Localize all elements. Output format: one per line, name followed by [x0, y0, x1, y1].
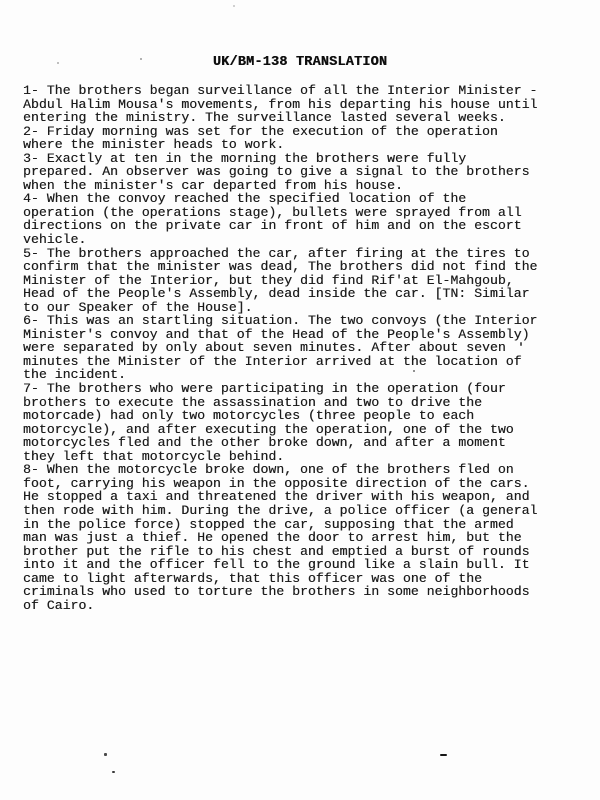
text-line: Minister's convoy and that of the Head o… — [23, 328, 583, 342]
scanned-document-page: UK/BM-138 TRANSLATION 1- The brothers be… — [0, 0, 600, 800]
paragraph: 6- This was an startling situation. The … — [23, 314, 583, 382]
scan-speck — [233, 5, 235, 7]
scan-speck — [104, 753, 107, 756]
text-line: to our Speaker of the House]. — [23, 301, 583, 315]
text-line: minutes the Minister of the Interior arr… — [23, 355, 583, 369]
text-line: brothers to execute the assassination an… — [23, 396, 583, 410]
text-line: Abdul Halim Mousa's movements, from his … — [23, 98, 583, 112]
text-line: 1- The brothers began surveillance of al… — [23, 84, 583, 98]
text-line: 2- Friday morning was set for the execut… — [23, 125, 583, 139]
text-line: entering the ministry. The surveillance … — [23, 111, 583, 125]
text-line: confirm that the minister was dead, The … — [23, 260, 583, 274]
text-line: then rode with him. During the drive, a … — [23, 504, 583, 518]
text-line: motorcycle), and after executing the ope… — [23, 423, 583, 437]
text-line: of Cairo. — [23, 599, 583, 613]
text-line: into it and the officer fell to the grou… — [23, 558, 583, 572]
text-line: 4- When the convoy reached the specified… — [23, 192, 583, 206]
text-line: came to light afterwards, that this offi… — [23, 572, 583, 586]
paragraph: 1- The brothers began surveillance of al… — [23, 84, 583, 125]
text-line: man was just a thief. He opened the door… — [23, 531, 583, 545]
scan-speck — [57, 62, 59, 64]
text-line: motorcade) had only two motorcycles (thr… — [23, 409, 583, 423]
text-line: 3- Exactly at ten in the morning the bro… — [23, 152, 583, 166]
scan-speck — [520, 342, 522, 346]
text-line: prepared. An observer was going to give … — [23, 165, 583, 179]
text-line: 5- The brothers approached the car, afte… — [23, 247, 583, 261]
paragraph: 2- Friday morning was set for the execut… — [23, 125, 583, 152]
text-line: operation (the operations stage), bullet… — [23, 206, 583, 220]
text-line: Minister of the Interior, but they did f… — [23, 274, 583, 288]
document-title: UK/BM-138 TRANSLATION — [0, 55, 600, 70]
text-line: 6- This was an startling situation. The … — [23, 314, 583, 328]
text-line: when the minister's car departed from hi… — [23, 179, 583, 193]
scan-speck — [413, 370, 415, 372]
paragraph: 4- When the convoy reached the specified… — [23, 192, 583, 246]
text-line: 7- The brothers who were participating i… — [23, 382, 583, 396]
text-line: He stopped a taxi and threatened the dri… — [23, 490, 583, 504]
text-line: in the police force) stopped the car, su… — [23, 518, 583, 532]
text-line: brother put the rifle to his chest and e… — [23, 545, 583, 559]
scan-speck — [440, 754, 447, 756]
text-line: Head of the People's Assembly, dead insi… — [23, 287, 583, 301]
paragraph: 5- The brothers approached the car, afte… — [23, 247, 583, 315]
text-line: motorcycles fled and the other broke dow… — [23, 436, 583, 450]
text-line: vehicle. — [23, 233, 583, 247]
text-line: foot, carrying his weapon in the opposit… — [23, 477, 583, 491]
paragraph: 8- When the motorcycle broke down, one o… — [23, 463, 583, 612]
paragraph: 7- The brothers who were participating i… — [23, 382, 583, 463]
scan-speck — [140, 58, 142, 60]
paragraph: 3- Exactly at ten in the morning the bro… — [23, 152, 583, 193]
text-line: the incident. — [23, 368, 583, 382]
document-body: 1- The brothers began surveillance of al… — [23, 84, 583, 612]
scan-speck — [112, 771, 115, 773]
text-line: were separated by only about seven minut… — [23, 341, 583, 355]
text-line: criminals who used to torture the brothe… — [23, 585, 583, 599]
text-line: directions on the private car in front o… — [23, 219, 583, 233]
text-line: they left that motorcycle behind. — [23, 450, 583, 464]
text-line: 8- When the motorcycle broke down, one o… — [23, 463, 583, 477]
text-line: where the minister heads to work. — [23, 138, 583, 152]
